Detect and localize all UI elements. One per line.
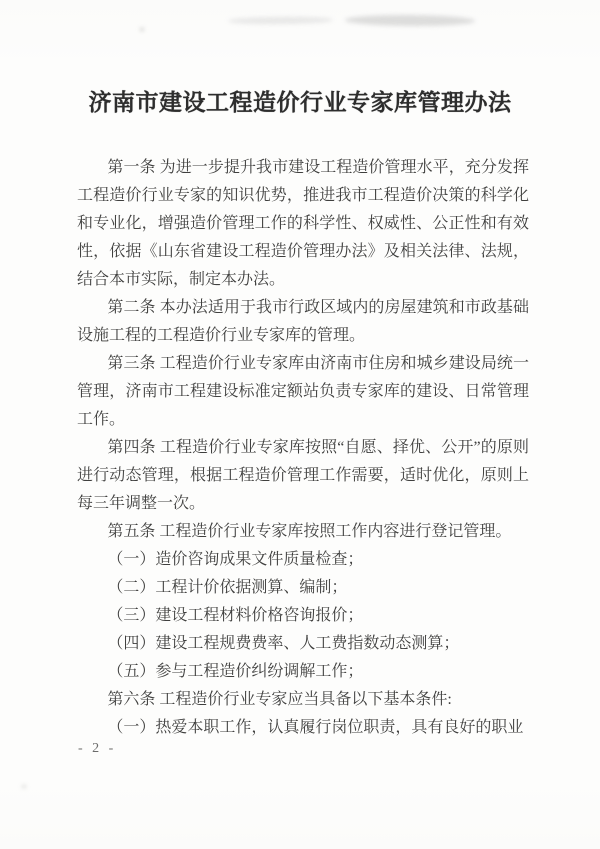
scan-artifact bbox=[140, 28, 144, 31]
document-body: 第一条 为进一步提升我市建设工程造价管理水平，充分发挥工程造价行业专家的知识优势… bbox=[77, 154, 529, 742]
scan-artifact bbox=[345, 15, 475, 27]
document-title: 济南市建设工程造价行业专家库管理办法 bbox=[0, 84, 600, 117]
scan-artifact bbox=[228, 16, 333, 24]
paragraph-article-3: 第三条 工程造价行业专家库由济南市住房和城乡建设局统一管理，济南市工程建设标准定… bbox=[77, 350, 529, 434]
paragraph-article-2: 第二条 本办法适用于我市行政区域内的房屋建筑和市政基础设施工程的工程造价行业专家… bbox=[77, 294, 529, 350]
list-item-4: （四）建设工程规费费率、人工费指数动态测算； bbox=[77, 630, 529, 658]
page-number: - 2 - bbox=[78, 740, 116, 758]
paragraph-article-1: 第一条 为进一步提升我市建设工程造价管理水平，充分发挥工程造价行业专家的知识优势… bbox=[77, 154, 529, 294]
list-item-3: （三）建设工程材料价格咨询报价； bbox=[77, 602, 529, 630]
list-item-1: （一）造价咨询成果文件质量检查； bbox=[77, 546, 529, 574]
paragraph-article-5: 第五条 工程造价行业专家库按照工作内容进行登记管理。 bbox=[77, 518, 529, 546]
paragraph-article-4: 第四条 工程造价行业专家库按照“自愿、择优、公开”的原则进行动态管理，根据工程造… bbox=[77, 434, 529, 518]
list-item-5: （五）参与工程造价纠纷调解工作； bbox=[77, 658, 529, 686]
document-page: 济南市建设工程造价行业专家库管理办法 第一条 为进一步提升我市建设工程造价管理水… bbox=[0, 0, 600, 849]
paragraph-article-6: 第六条 工程造价行业专家应当具备以下基本条件: bbox=[77, 686, 529, 714]
list-item-6-1: （一）热爱本职工作，认真履行岗位职责，具有良好的职业 bbox=[77, 714, 529, 742]
scan-artifact bbox=[22, 785, 26, 788]
list-item-2: （二）工程计价依据测算、编制； bbox=[77, 574, 529, 602]
